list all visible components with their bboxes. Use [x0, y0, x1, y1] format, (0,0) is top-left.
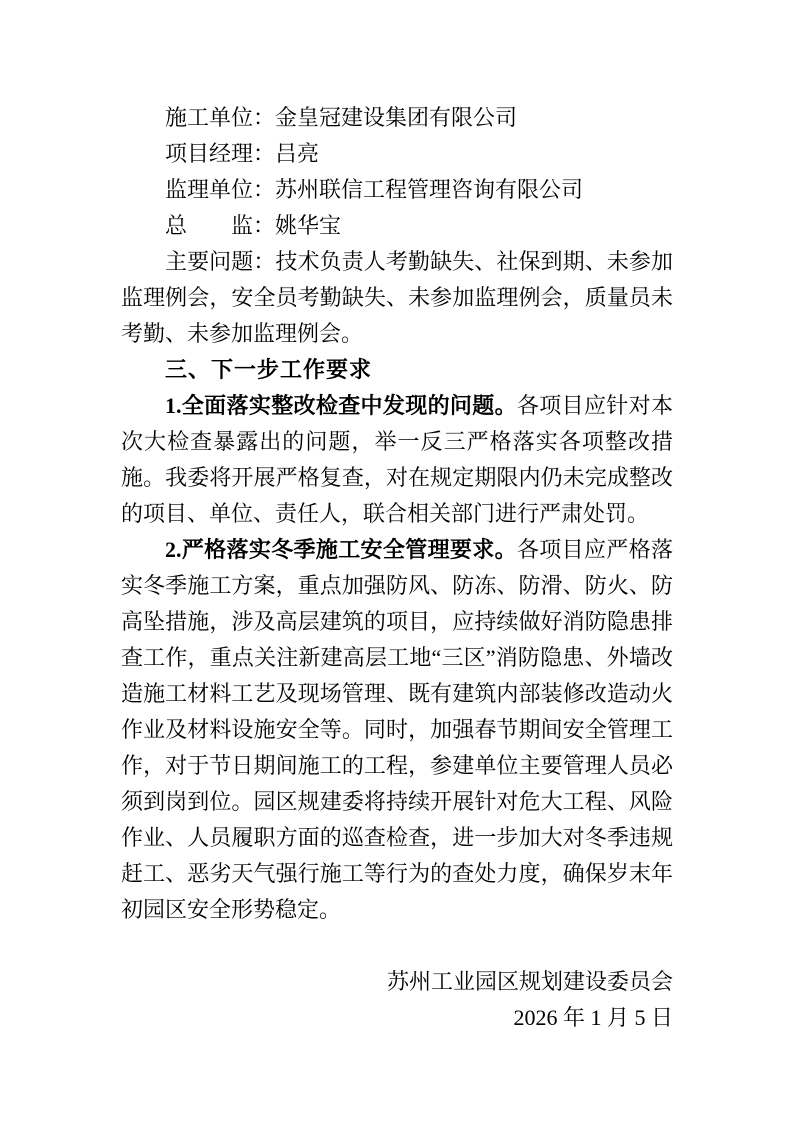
signature-date: 2026 年 1 月 5 日: [121, 1000, 673, 1036]
construction-unit-line: 施工单位：金皇冠建设集团有限公司: [121, 100, 673, 136]
requirement-2-lead: 2.严格落实冬季施工安全管理要求。: [165, 537, 517, 562]
supervision-unit-line: 监理单位：苏州联信工程管理咨询有限公司: [121, 172, 673, 208]
section-heading: 三、下一步工作要求: [121, 352, 673, 388]
requirement-item-2: 2.严格落实冬季施工安全管理要求。各项目应严格落实冬季施工方案，重点加强防风、防…: [121, 532, 673, 928]
main-issues-paragraph: 主要问题：技术负责人考勤缺失、社保到期、未参加监理例会，安全员考勤缺失、未参加监…: [121, 244, 673, 352]
document-page: 施工单位：金皇冠建设集团有限公司 项目经理：吕亮 监理单位：苏州联信工程管理咨询…: [0, 0, 793, 1122]
chief-supervisor-line: 总 监：姚华宝: [121, 208, 673, 244]
blank-line: [121, 928, 673, 964]
requirement-2-body: 各项目应严格落实冬季施工方案，重点加强防风、防冻、防滑、防火、防高坠措施，涉及高…: [121, 537, 673, 922]
project-manager-line: 项目经理：吕亮: [121, 136, 673, 172]
requirement-1-lead: 1.全面落实整改检查中发现的问题。: [165, 393, 517, 418]
signature-committee: 苏州工业园区规划建设委员会: [121, 964, 673, 1000]
requirement-item-1: 1.全面落实整改检查中发现的问题。各项目应针对本次大检查暴露出的问题，举一反三严…: [121, 388, 673, 532]
document-content: 施工单位：金皇冠建设集团有限公司 项目经理：吕亮 监理单位：苏州联信工程管理咨询…: [121, 100, 673, 1036]
